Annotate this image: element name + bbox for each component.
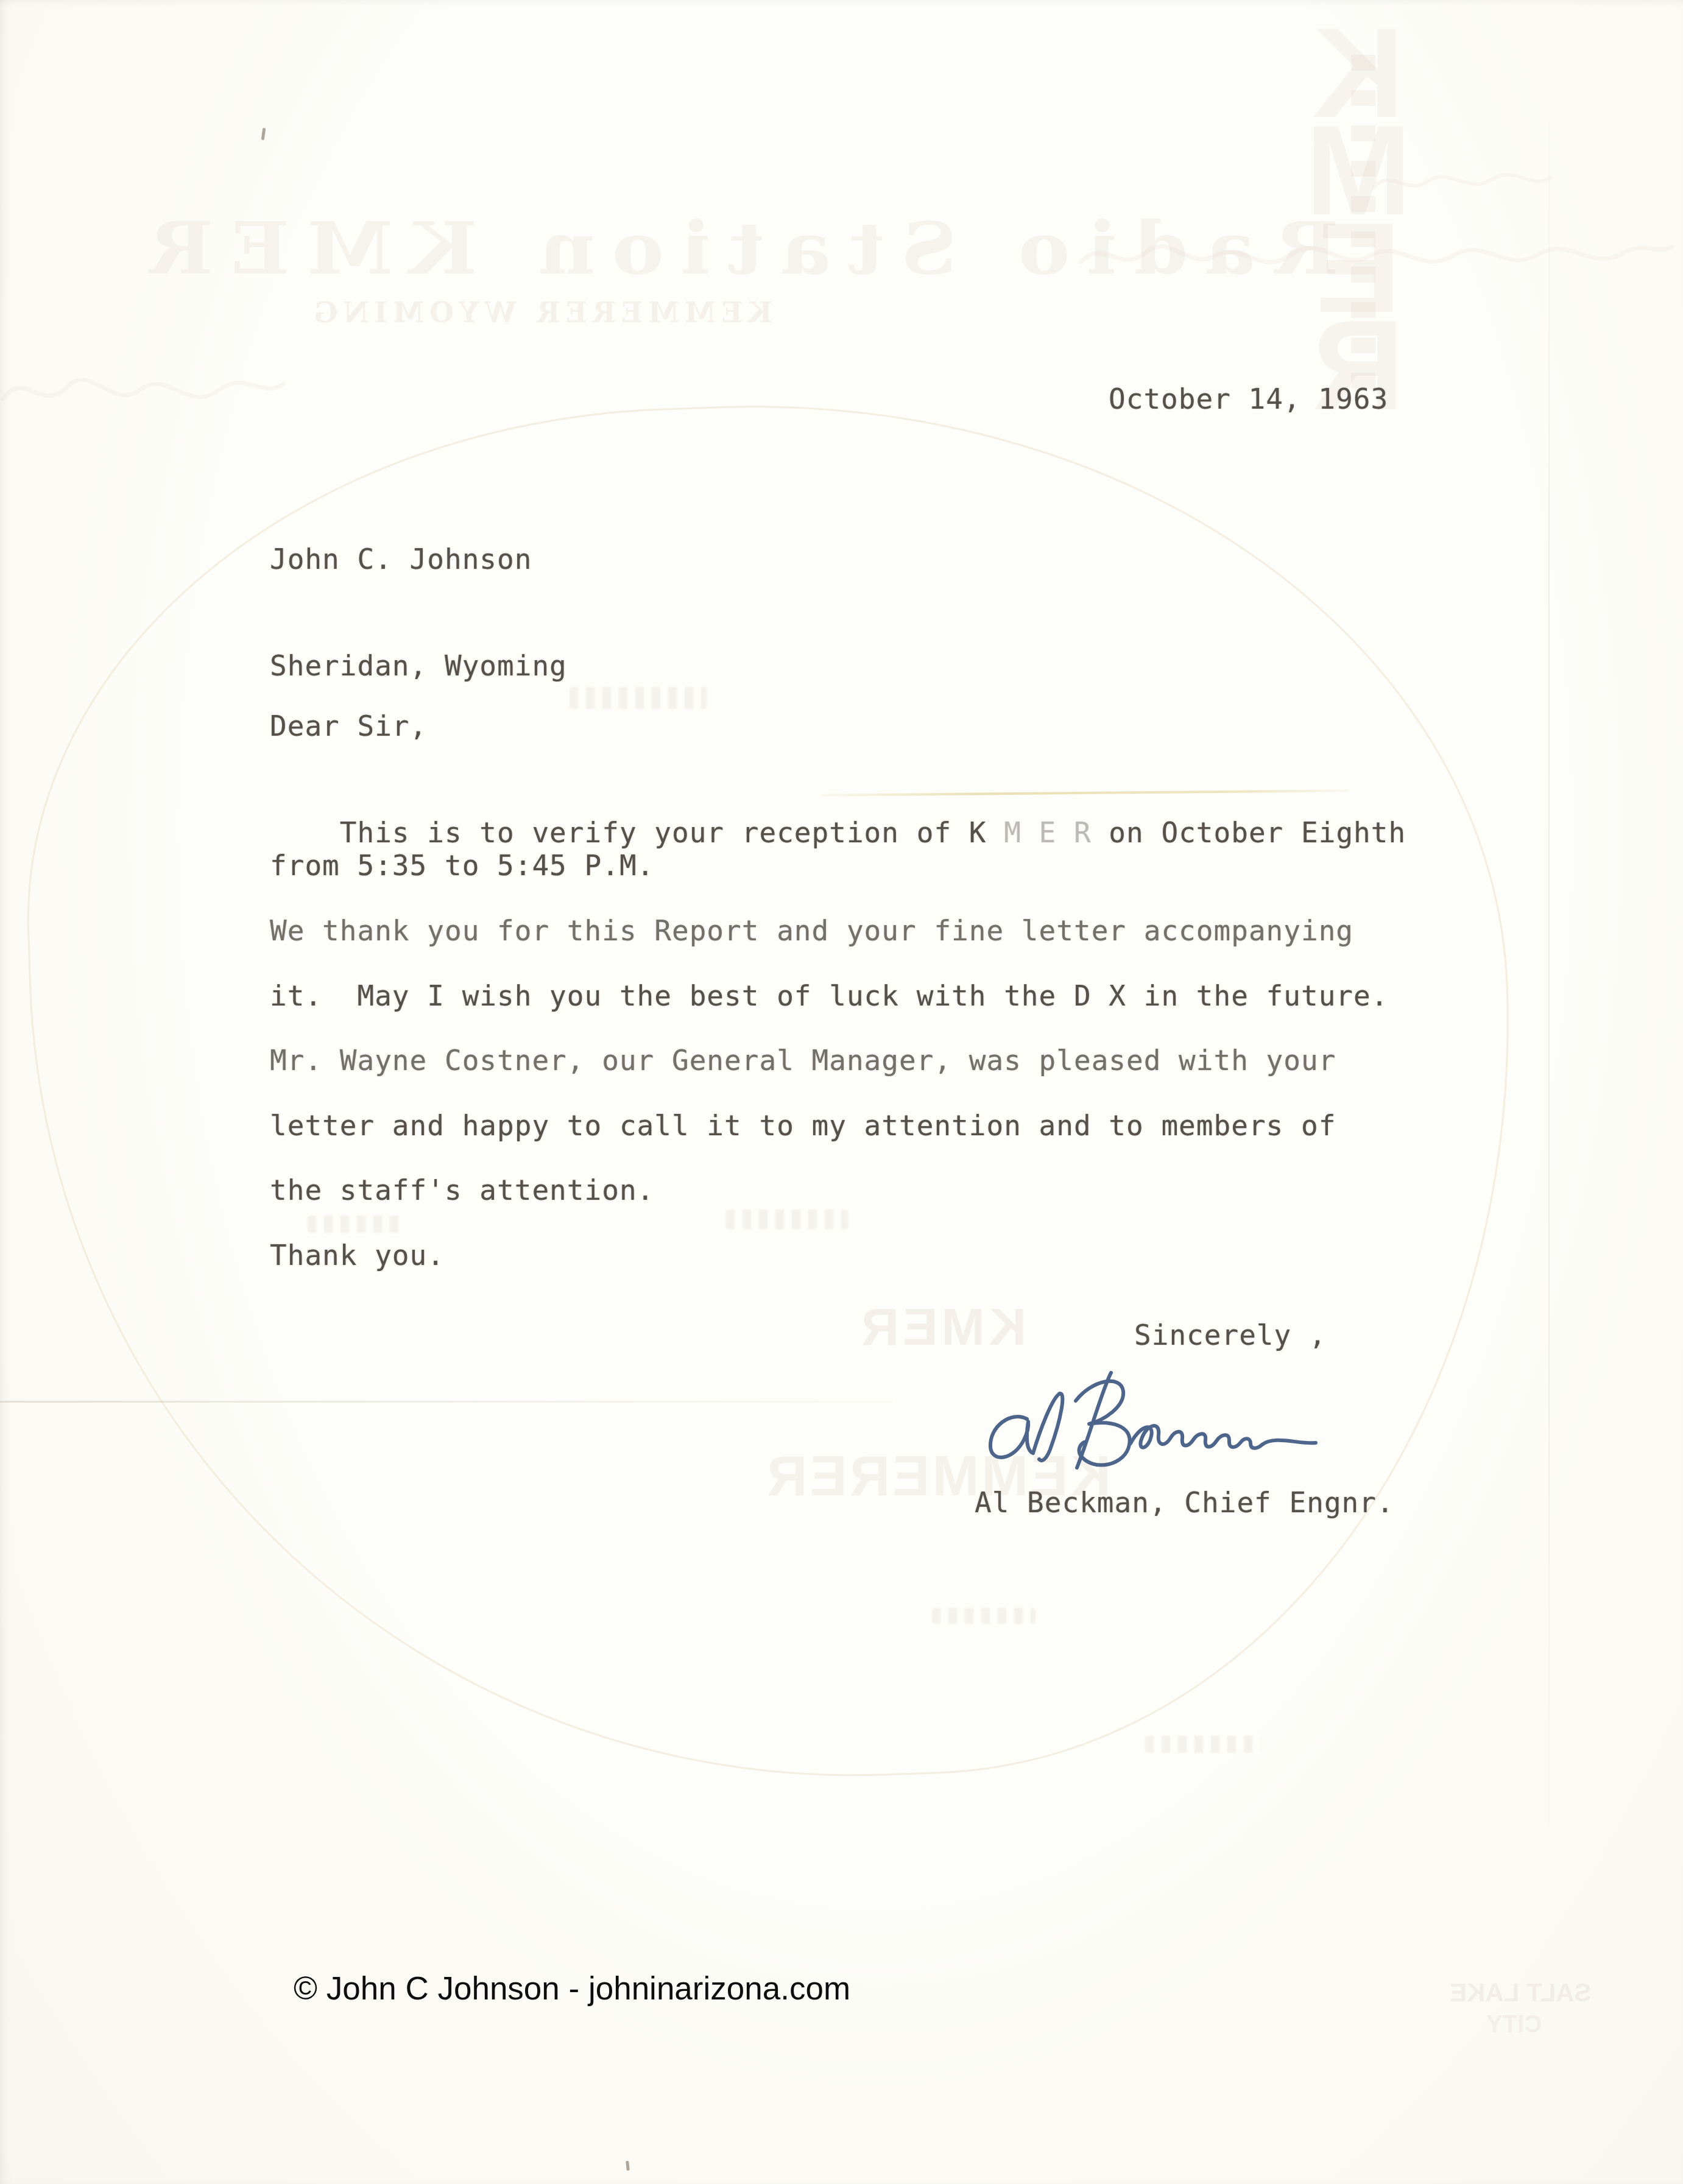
date-line: October 14, 1963 <box>1109 382 1388 415</box>
ink-speck <box>261 128 266 141</box>
signoff-line: Al Beckman, Chief Engnr. <box>975 1486 1394 1519</box>
fold-crease-horizontal <box>0 1401 892 1403</box>
salutation: Dear Sir, <box>270 710 427 742</box>
copyright-credit: © John C Johnson - johninarizona.com <box>294 1970 850 2007</box>
ghost-map-label: CITY <box>1486 2011 1542 2038</box>
recipient-name: John C. Johnson <box>270 543 532 576</box>
ghost-smudge <box>1145 1736 1261 1753</box>
body-line: the staff's attention. <box>270 1174 654 1206</box>
ghost-smudge <box>570 687 707 709</box>
body-line1-prefix: This is to verify your reception of K <box>340 816 1004 849</box>
ghost-letterhead-text: Radio Station KMER <box>221 206 1339 291</box>
ghost-letterhead-subtext: KEMMERER WYOMING <box>480 296 772 329</box>
body-line1-suffix: on October Eighth <box>1092 816 1406 849</box>
ghost-logo-stripes <box>1351 55 1375 396</box>
ghost-callsign-text: KMER <box>858 1297 1026 1358</box>
paper-stain-outline <box>10 379 1534 1804</box>
scanned-letter-page: Radio Station KMER KEMMERER WYOMING K M … <box>0 0 1683 2184</box>
body-line1-faded-callsign: M E R <box>1004 816 1091 849</box>
ghost-station-logo: K M E R <box>1267 24 1450 414</box>
signature <box>967 1363 1321 1491</box>
fold-crease-vertical <box>1548 122 1550 1827</box>
ghost-handwriting-squiggle-right <box>1078 219 1675 286</box>
body-line: from 5:35 to 5:45 P.M. <box>270 849 654 882</box>
ink-speck <box>626 2161 630 2171</box>
ghost-handwriting-squiggle-left <box>0 341 286 432</box>
body-line: We thank you for this Report and your fi… <box>270 914 1353 947</box>
ghost-smudge <box>308 1216 405 1233</box>
body-line: letter and happy to call it to my attent… <box>270 1109 1336 1142</box>
ghost-handwriting-squiggle-top <box>1371 160 1553 202</box>
recipient-city: Sheridan, Wyoming <box>270 649 567 682</box>
body-line: Thank you. <box>270 1239 445 1272</box>
ghost-smudge <box>726 1210 848 1229</box>
body-line: Mr. Wayne Costner, our General Manager, … <box>270 1044 1336 1077</box>
ghost-map-label: SALT LAKE <box>1450 1978 1592 2007</box>
body-line: it. May I wish you the best of luck with… <box>270 979 1388 1012</box>
closing-line: Sincerely , <box>1134 1319 1327 1351</box>
ghost-smudge <box>932 1608 1036 1624</box>
